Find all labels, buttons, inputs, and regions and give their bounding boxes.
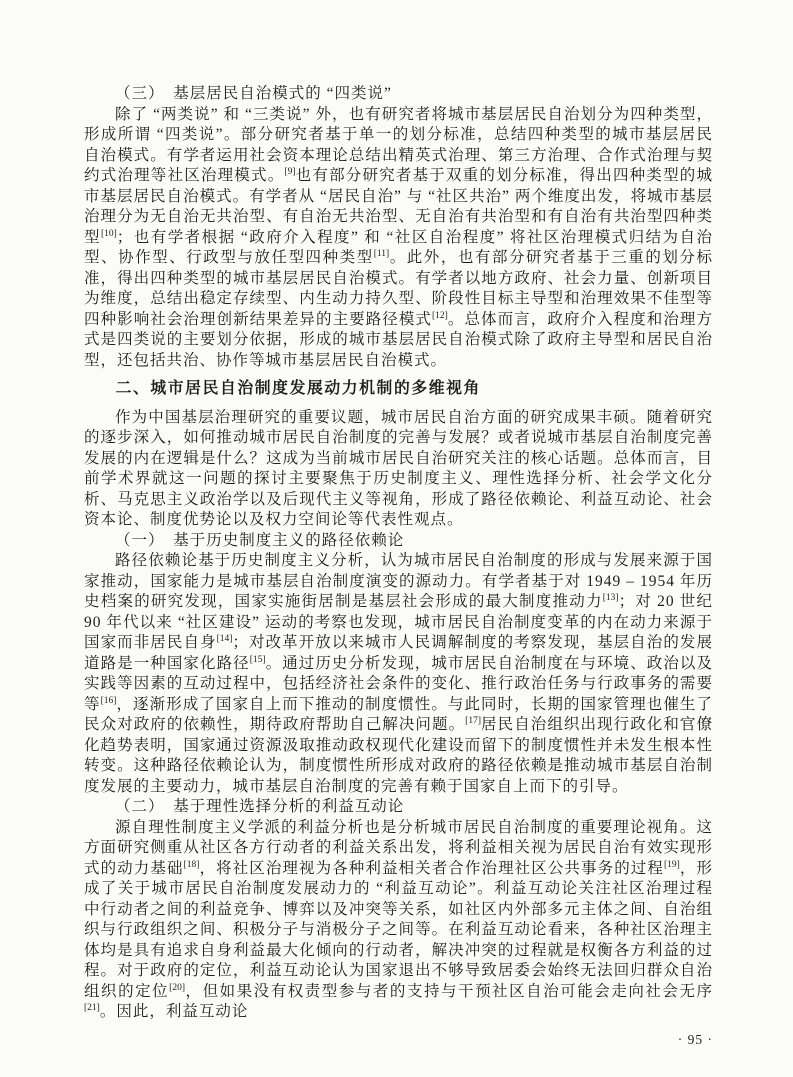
reference-marker: [9] <box>284 167 295 177</box>
reference-marker: [10] <box>101 229 117 239</box>
paragraph: 路径依赖论基于历史制度主义分析，认为城市居民自治制度的形成与发展来源于国家推动，… <box>84 551 713 797</box>
reference-marker: [18] <box>184 860 200 870</box>
paragraph: 除了 “两类说” 和 “三类说” 外，也有研究者将城市基层居民自治划分为四种类型… <box>84 105 713 372</box>
reference-marker: [21] <box>84 1003 100 1013</box>
page-number: · 95 · <box>84 1032 713 1048</box>
reference-marker: [17] <box>465 716 481 726</box>
paragraph: 源自理性制度主义学派的利益分析也是分析城市居民自治制度的重要理论视角。这方面研究… <box>84 818 713 1023</box>
reference-marker: [13] <box>603 593 619 603</box>
subsection-heading: （三） 基层居民自治模式的 “四类说” <box>84 84 713 105</box>
paragraph: 作为中国基层治理研究的重要议题，城市居民自治方面的研究成果丰硕。随着研究的逐步深… <box>84 408 713 531</box>
reference-marker: [20] <box>169 983 185 993</box>
reference-marker: [12] <box>432 311 448 321</box>
reference-marker: [14] <box>217 634 233 644</box>
section-heading: 二、城市居民自治制度发展动力机制的多维视角 <box>84 379 713 400</box>
page: （三） 基层居民自治模式的 “四类说”除了 “两类说” 和 “三类说” 外，也有… <box>0 0 793 1077</box>
reference-marker: [15] <box>250 655 266 665</box>
subsection-heading: （一） 基于历史制度主义的路径依赖论 <box>84 531 713 552</box>
reference-marker: [16] <box>101 696 117 706</box>
reference-marker: [19] <box>664 860 680 870</box>
reference-marker: [11] <box>374 249 389 259</box>
subsection-heading: （二） 基于理性选择分析的利益互动论 <box>84 797 713 818</box>
article-body: （三） 基层居民自治模式的 “四类说”除了 “两类说” 和 “三类说” 外，也有… <box>84 84 713 1023</box>
